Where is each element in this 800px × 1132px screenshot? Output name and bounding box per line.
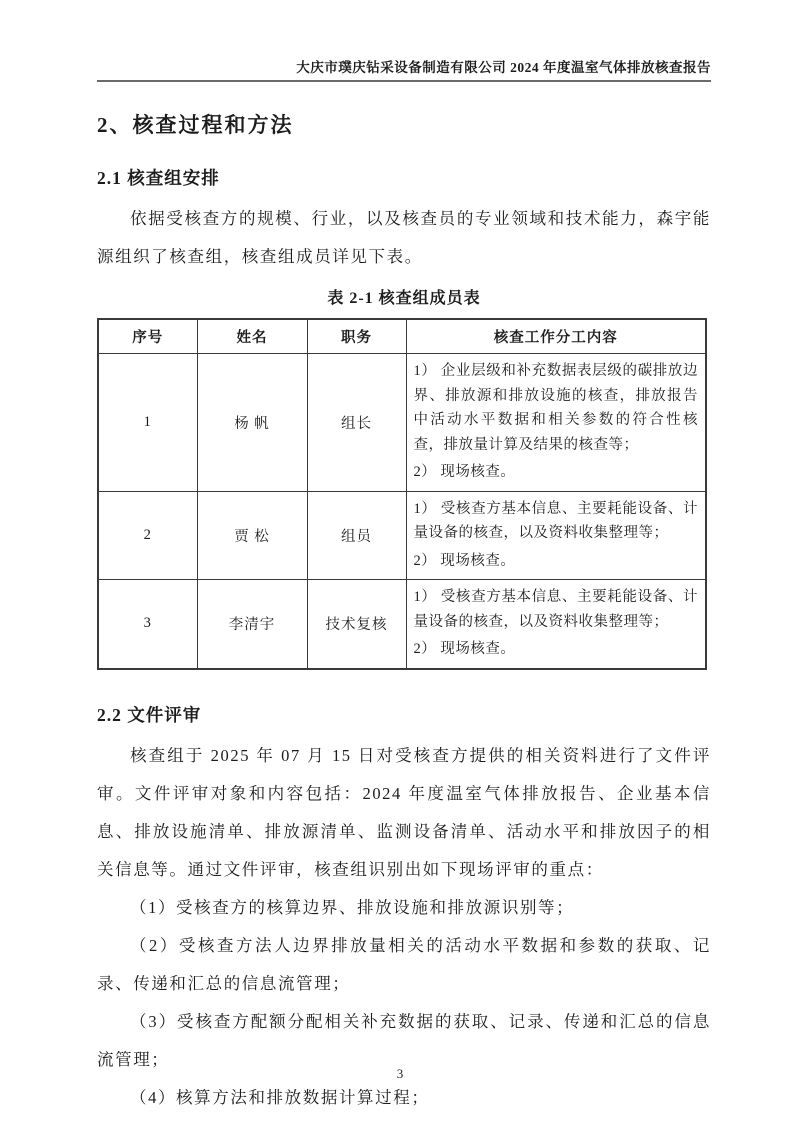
cell-no: 1 bbox=[98, 354, 197, 492]
cell-duties: 1） 受核查方基本信息、主要耗能设备、计量设备的核查，以及资料收集整理等； 2）… bbox=[406, 491, 706, 580]
col-header-name: 姓名 bbox=[197, 319, 307, 354]
running-header: 大庆市璞庆钻采设备制造有限公司 2024 年度温室气体排放核查报告 bbox=[97, 56, 711, 82]
cell-name: 李清宇 bbox=[197, 580, 307, 669]
table-row: 3 李清宇 技术复核 1） 受核查方基本信息、主要耗能设备、计量设备的核查，以及… bbox=[98, 580, 706, 669]
table-caption: 表 2-1 核查组成员表 bbox=[97, 285, 711, 308]
page-content: 大庆市璞庆钻采设备制造有限公司 2024 年度温室气体排放核查报告 2、核查过程… bbox=[97, 0, 711, 1117]
page-number: 3 bbox=[0, 1066, 800, 1082]
cell-role: 组员 bbox=[307, 491, 406, 580]
cell-role: 技术复核 bbox=[307, 580, 406, 669]
table-row: 2 贾 松 组员 1） 受核查方基本信息、主要耗能设备、计量设备的核查，以及资料… bbox=[98, 491, 706, 580]
verification-team-table: 序号 姓名 职务 核查工作分工内容 1 杨 帆 组长 1） 企业层级和补充数据表… bbox=[97, 318, 707, 670]
paragraph-focus-item-2: （2）受核查方法人边界排放量相关的活动水平数据和参数的获取、记录、传递和汇总的信… bbox=[97, 927, 711, 1003]
duty-item: 2） 现场核查。 bbox=[414, 549, 699, 574]
duty-item: 1） 受核查方基本信息、主要耗能设备、计量设备的核查，以及资料收集整理等； bbox=[414, 585, 699, 634]
section-heading-2-1: 2.1 核查组安排 bbox=[97, 165, 711, 190]
paragraph-focus-item-1: （1）受核查方的核算边界、排放设施和排放源识别等； bbox=[97, 889, 711, 927]
paragraph-team-arrangement: 依据受核查方的规模、行业，以及核查员的专业领域和技术能力，森宇能源组织了核查组，… bbox=[97, 200, 711, 276]
table-header-row: 序号 姓名 职务 核查工作分工内容 bbox=[98, 319, 706, 354]
section-heading-2: 2、核查过程和方法 bbox=[97, 109, 711, 139]
paragraph-document-review: 核查组于 2025 年 07 月 15 日对受核查方提供的相关资料进行了文件评审… bbox=[97, 737, 711, 889]
cell-no: 2 bbox=[98, 491, 197, 580]
cell-duties: 1） 受核查方基本信息、主要耗能设备、计量设备的核查，以及资料收集整理等； 2）… bbox=[406, 580, 706, 669]
section-heading-2-2: 2.2 文件评审 bbox=[97, 702, 711, 727]
cell-name: 杨 帆 bbox=[197, 354, 307, 492]
cell-name: 贾 松 bbox=[197, 491, 307, 580]
table-row: 1 杨 帆 组长 1） 企业层级和补充数据表层级的碳排放边界、排放源和排放设施的… bbox=[98, 354, 706, 492]
duty-item: 2） 现场核查。 bbox=[414, 460, 699, 485]
col-header-role: 职务 bbox=[307, 319, 406, 354]
duty-item: 2） 现场核查。 bbox=[414, 637, 699, 662]
duty-item: 1） 企业层级和补充数据表层级的碳排放边界、排放源和排放设施的核查，排放报告中活… bbox=[414, 359, 699, 457]
document-page: 大庆市璞庆钻采设备制造有限公司 2024 年度温室气体排放核查报告 2、核查过程… bbox=[0, 0, 800, 1132]
col-header-no: 序号 bbox=[98, 319, 197, 354]
duty-item: 1） 受核查方基本信息、主要耗能设备、计量设备的核查，以及资料收集整理等； bbox=[414, 497, 699, 546]
col-header-duties: 核查工作分工内容 bbox=[406, 319, 706, 354]
cell-duties: 1） 企业层级和补充数据表层级的碳排放边界、排放源和排放设施的核查，排放报告中活… bbox=[406, 354, 706, 492]
cell-no: 3 bbox=[98, 580, 197, 669]
cell-role: 组长 bbox=[307, 354, 406, 492]
paragraph-focus-item-4: （4）核算方法和排放数据计算过程； bbox=[97, 1079, 711, 1117]
